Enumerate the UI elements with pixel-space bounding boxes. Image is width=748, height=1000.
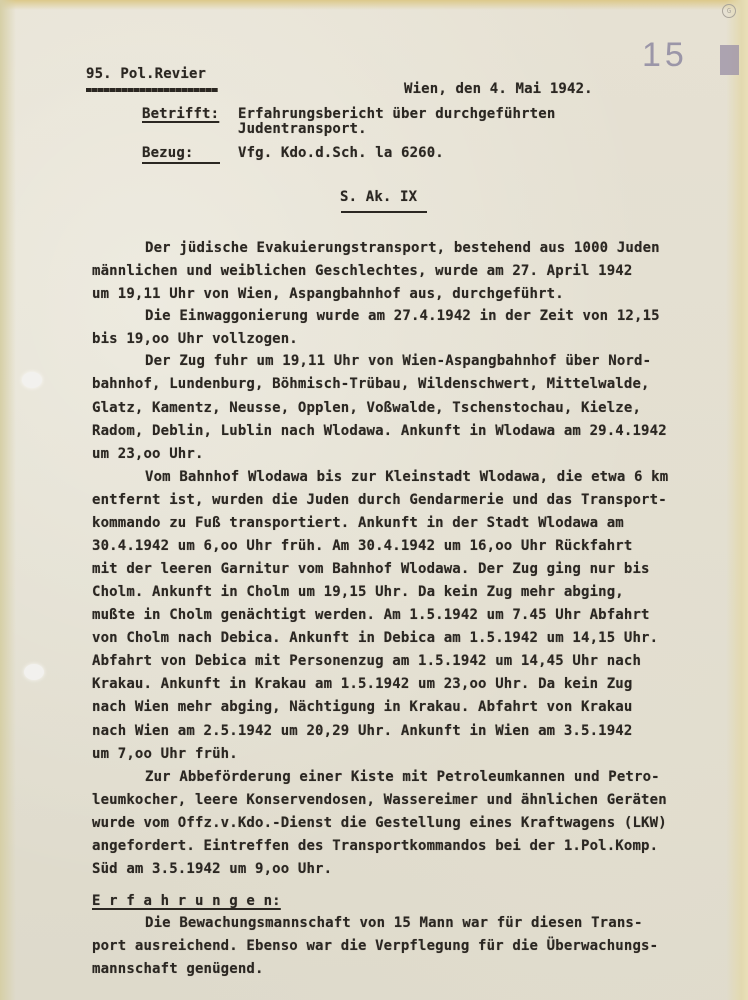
body-line: Zur Abbeförderung einer Kiste mit Petrol… <box>145 769 660 785</box>
archive-stamp-mark <box>720 45 739 75</box>
body-line: Der jüdische Evakuierungstransport, best… <box>145 240 660 256</box>
body-line: um 23,oo Uhr. <box>92 446 204 462</box>
section-line: mannschaft genügend. <box>92 961 264 977</box>
punch-hole-icon <box>24 664 44 680</box>
body-line: um 7,oo Uhr früh. <box>92 746 238 762</box>
body-line: Abfahrt von Debica mit Personenzug am 1.… <box>92 653 641 669</box>
body-line: nach Wien am 2.5.1942 um 20,29 Uhr. Anku… <box>92 723 632 739</box>
body-line: mit der leeren Garnitur vom Bahnhof Wlod… <box>92 561 650 577</box>
body-line: mußte in Cholm genächtigt werden. Am 1.5… <box>92 607 650 623</box>
body-line: Vom Bahnhof Wlodawa bis zur Kleinstadt W… <box>145 469 668 485</box>
body-line: nach Wien mehr abging, Nächtigung in Kra… <box>92 699 632 715</box>
body-line: Radom, Deblin, Lublin nach Wlodawa. Anku… <box>92 423 667 439</box>
subject-line-2: Judentransport. <box>238 121 367 137</box>
body-line: leumkocher, leere Konservendosen, Wasser… <box>92 792 667 808</box>
place-date: Wien, den 4. Mai 1942. <box>404 81 593 97</box>
body-line: Cholm. Ankunft in Cholm um 19,15 Uhr. Da… <box>92 584 624 600</box>
body-line: kommando zu Fuß transportiert. Ankunft i… <box>92 515 624 531</box>
office-name: 95. Pol.Revier <box>86 66 206 82</box>
body-line: bis 19,oo Uhr vollzogen. <box>92 331 298 347</box>
body-line: Glatz, Kamentz, Neusse, Opplen, Voßwalde… <box>92 400 641 416</box>
paper-edge-top <box>0 0 748 10</box>
paper-edge-left <box>0 0 16 1000</box>
reference-underline <box>142 162 220 164</box>
body-line: wurde vom Offz.v.Kdo.-Dienst die Gestell… <box>92 815 667 831</box>
body-line: Süd am 3.5.1942 um 9,oo Uhr. <box>92 861 332 877</box>
office-underline <box>86 88 218 92</box>
body-line: angefordert. Eintreffen des Transportkom… <box>92 838 658 854</box>
file-reference-underline <box>341 211 427 213</box>
body-line: von Cholm nach Debica. Ankunft in Debica… <box>92 630 658 646</box>
body-line: männlichen und weiblichen Geschlechtes, … <box>92 263 632 279</box>
body-line: bahnhof, Lundenburg, Böhmisch-Trübau, Wi… <box>92 376 650 392</box>
reference-value: Vfg. Kdo.d.Sch. la 6260. <box>238 145 444 161</box>
section-line: Die Bewachungsmannschaft von 15 Mann war… <box>145 915 643 931</box>
folio-number-stamp: 15 <box>642 36 688 75</box>
punch-hole-icon <box>22 372 42 388</box>
paper-edge-right <box>726 0 748 1000</box>
body-line: entfernt ist, wurden die Juden durch Gen… <box>92 492 667 508</box>
body-line: Die Einwaggonierung wurde am 27.4.1942 i… <box>145 308 660 324</box>
subject-label: Betrifft: <box>142 106 219 122</box>
section-line: port ausreichend. Ebenso war die Verpfle… <box>92 938 658 954</box>
reference-label: Bezug: <box>142 145 193 161</box>
document-page: G 15 95. Pol.Revier Wien, den 4. Mai 194… <box>0 0 748 1000</box>
body-line: Krakau. Ankunft in Krakau am 1.5.1942 um… <box>92 676 632 692</box>
corner-stamp-icon: G <box>722 4 736 18</box>
subject-line-1: Erfahrungsbericht über durchgeführten <box>238 106 555 122</box>
section-heading-experiences: E r f a h r u n g e n: <box>92 893 281 909</box>
body-line: um 19,11 Uhr von Wien, Aspangbahnhof aus… <box>92 286 564 302</box>
body-line: Der Zug fuhr um 19,11 Uhr von Wien-Aspan… <box>145 353 651 369</box>
body-line: 30.4.1942 um 6,oo Uhr früh. Am 30.4.1942… <box>92 538 632 554</box>
file-reference: S. Ak. IX <box>340 189 417 205</box>
